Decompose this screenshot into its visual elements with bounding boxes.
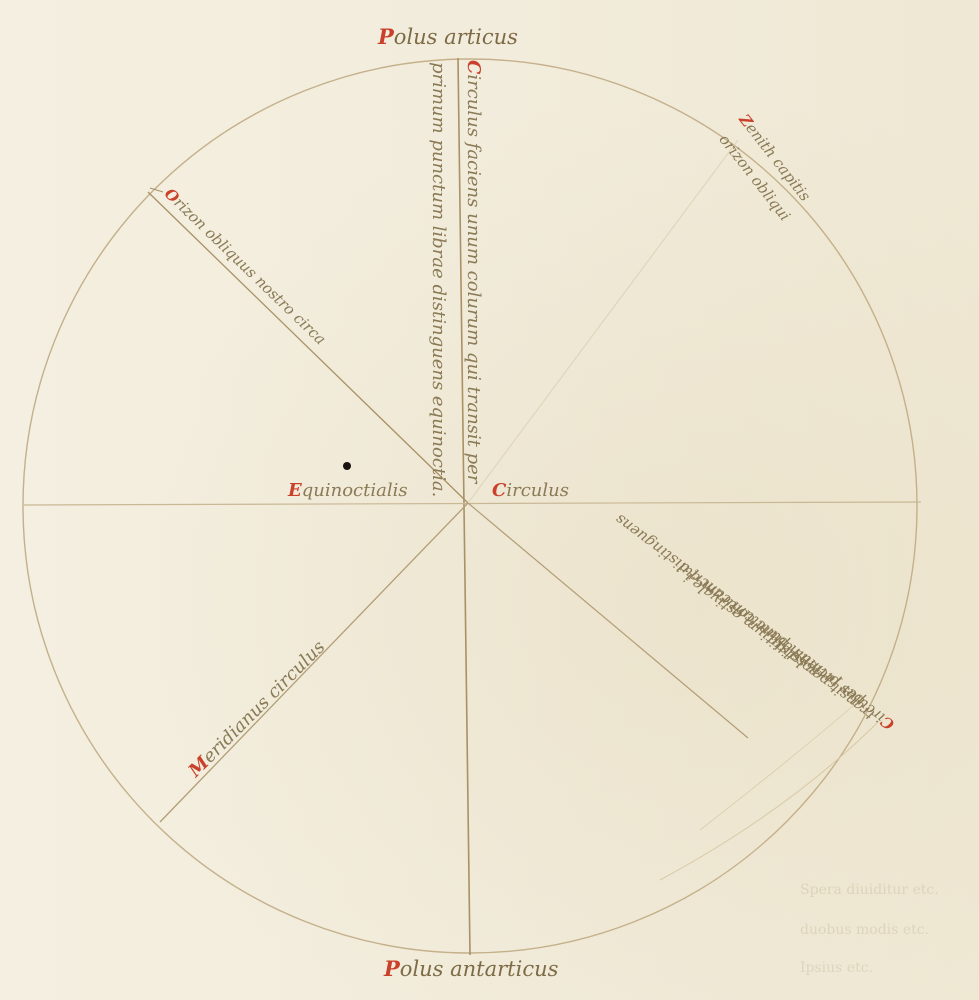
label-equinoctialis: Equinoctialis xyxy=(288,482,408,500)
bleed-through-line-2: duobus modis etc. xyxy=(800,922,929,938)
label-colure-line-1: Circulus faciens unum colurum qui transi… xyxy=(464,60,482,483)
zenith-line xyxy=(468,140,738,503)
solstitial-text-rule-2 xyxy=(700,700,860,830)
label-polus-antarticus: Polus antarticus xyxy=(384,958,558,980)
manuscript-page: Polus articus Polus antarticus Circulus … xyxy=(0,0,979,1000)
solstitial-line xyxy=(468,503,748,738)
label-polus-articus: Polus articus xyxy=(378,26,518,48)
horizontal-diameter xyxy=(24,502,921,505)
ink-dot xyxy=(343,462,351,470)
bleed-through-line-1: Spera diuiditur etc. xyxy=(800,882,939,898)
horizon-oblique-line xyxy=(148,192,468,503)
label-circulus: Circulus xyxy=(492,482,569,500)
solstitial-text-rule xyxy=(660,720,880,880)
label-colure-line-2: primum punctum librae distinguens equino… xyxy=(429,62,447,497)
circle-diagram xyxy=(0,0,979,1000)
bleed-through-line-3: Ipsius etc. xyxy=(800,960,873,976)
